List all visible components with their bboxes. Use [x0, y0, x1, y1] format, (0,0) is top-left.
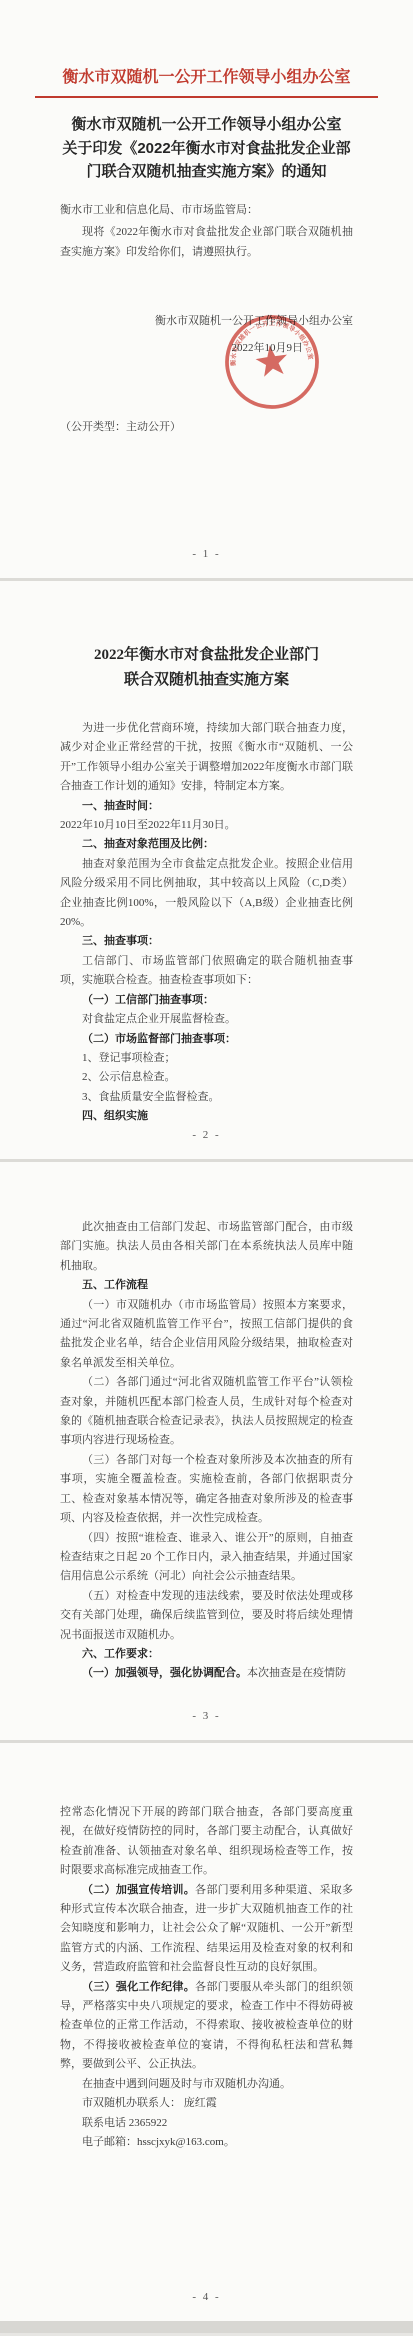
requirement-3-lead: （三）强化工作纪律。	[82, 1981, 195, 1993]
workflow-step-2: （二）各部门通过“河北省双随机监管工作平台”认领检查对象，并随机匹配本部门检查人…	[60, 1373, 353, 1451]
page-4: 控常态化情况下开展的跨部门联合抽查，各部门要高度重视，在做好疫情防控的同时，各部…	[0, 1743, 413, 2321]
section-1-body: 2022年10月10日至2022年11月30日。	[60, 816, 353, 835]
section-2-heading: 二、抽查对象范围及比例：	[60, 835, 353, 854]
contact-phone: 联系电话 2365922	[60, 2114, 353, 2133]
notice-title-line1: 衡水市双随机一公开工作领导小组办公室	[54, 113, 359, 137]
notice-title: 衡水市双随机一公开工作领导小组办公室 关于印发《2022年衡水市对食盐批发企业部…	[54, 113, 359, 184]
requirement-2-lead: （二）加强宣传培训。	[82, 1884, 195, 1896]
check-item-3: 3、食盐质量安全监督检查。	[60, 1088, 353, 1107]
section-3-body: 工信部门、市场监管部门依照确定的联合随机抽查事项，实施联合检查。抽查检查事项如下…	[60, 952, 353, 991]
signature-date: 2022年10月9日	[60, 339, 353, 358]
plan-title-line2: 联合双随机抽查实施方案	[60, 668, 353, 693]
signature-org: 衡水市双随机一公开工作领导小组办公室	[60, 312, 353, 331]
plan-title-line1: 2022年衡水市对食盐批发企业部门	[60, 643, 353, 668]
scan-bottom-edge	[0, 2321, 413, 2333]
requirement-1-continued: 控常态化情况下开展的跨部门联合抽查，各部门要高度重视，在做好疫情防控的同时，各部…	[60, 1803, 353, 1881]
requirement-1: （一）加强领导，强化协调配合。本次抽查是在疫情防	[60, 1664, 353, 1683]
contact-person: 市双随机办联系人： 庞红霞	[60, 2094, 353, 2113]
page-number-2: - 2 -	[0, 1126, 413, 1145]
red-masthead: 衡水市双随机一公开工作领导小组办公室	[60, 68, 353, 87]
page-number-4: - 4 -	[0, 2288, 413, 2307]
document-scan: 衡水市双随机一公开工作领导小组办公室 衡水市双随机一公开工作领导小组办公室 关于…	[0, 0, 413, 2333]
requirement-1-body: 本次抽查是在疫情防	[247, 1667, 346, 1679]
recipients-line: 衡水市工业和信息化局、市市场监管局：	[60, 201, 353, 220]
check-item-1: 1、登记事项检查；	[60, 1049, 353, 1068]
contact-email: 电子邮箱：hsscjxyk@163.com。	[60, 2133, 353, 2152]
workflow-step-1: （一）市双随机办（市市场监管局）按照本方案要求，通过“河北省双随机监管工作平台”…	[60, 1296, 353, 1374]
publicity-type: （公开类型：主动公开）	[60, 418, 353, 437]
section-3-heading: 三、抽查事项：	[60, 932, 353, 951]
notice-body: 现将《2022年衡水市对食盐批发企业部门联合双随机抽查实施方案》印发给你们，请遵…	[60, 223, 353, 262]
plan-title: 2022年衡水市对食盐批发企业部门 联合双随机抽查实施方案	[60, 643, 353, 693]
section-1-heading: 一、抽查时间：	[60, 797, 353, 816]
workflow-step-5: （五）对检查中发现的违法线索，要及时依法处理或移交有关部门处理，确保后续监管到位…	[60, 1587, 353, 1645]
requirement-3-body: 各部门要服从牵头部门的组织领导，严格落实中央八项规定的要求，检查工作中不得妨碍被…	[60, 1981, 353, 2071]
requirement-2: （二）加强宣传培训。各部门要利用多种渠道、采取多种形式宣传本次联合抽查，进一步扩…	[60, 1881, 353, 1978]
page-1: 衡水市双随机一公开工作领导小组办公室 衡水市双随机一公开工作领导小组办公室 关于…	[0, 0, 413, 578]
notice-title-line2: 关于印发《2022年衡水市对食盐批发企业部	[54, 137, 359, 161]
masthead-rule	[35, 96, 378, 98]
page-number-3: - 3 -	[0, 1707, 413, 1726]
section-3-1-heading: （一）工信部门抽查事项：	[60, 991, 353, 1010]
contact-note: 在抽查中遇到问题及时与市双随机办沟通。	[60, 2075, 353, 2094]
org-impl-body: 此次抽查由工信部门发起、市场监管部门配合，由市级部门实施。执法人员由各相关部门在…	[60, 1218, 353, 1276]
plan-intro: 为进一步优化营商环境，持续加大部门联合抽查力度，减少对企业正常经营的干扰，按照《…	[60, 719, 353, 797]
page-number-1: - 1 -	[0, 545, 413, 564]
requirement-3: （三）强化工作纪律。各部门要服从牵头部门的组织领导，严格落实中央八项规定的要求，…	[60, 1978, 353, 2075]
section-5-heading: 五、工作流程	[60, 1276, 353, 1295]
notice-title-line3: 门联合双随机抽查实施方案》的通知	[54, 160, 359, 184]
workflow-step-3: （三）各部门对每一个检查对象所涉及本次抽查的所有事项，实施全覆盖检查。实施检查前…	[60, 1451, 353, 1529]
section-2-body: 抽查对象范围为全市食盐定点批发企业。按照企业信用风险分级采用不同比例抽取，其中较…	[60, 855, 353, 933]
page-3: 此次抽查由工信部门发起、市场监管部门配合，由市级部门实施。执法人员由各相关部门在…	[0, 1162, 413, 1740]
section-3-1-body: 对食盐定点企业开展监督检查。	[60, 1010, 353, 1029]
section-3-2-heading: （二）市场监督部门抽查事项：	[60, 1030, 353, 1049]
check-item-2: 2、公示信息检查。	[60, 1068, 353, 1087]
section-6-heading: 六、工作要求：	[60, 1645, 353, 1664]
page-2: 2022年衡水市对食盐批发企业部门 联合双随机抽查实施方案 为进一步优化营商环境…	[0, 581, 413, 1159]
workflow-step-4: （四）按照“谁检查、谁录入、谁公开”的原则，自抽查检查结束之日起 20 个工作日…	[60, 1529, 353, 1587]
requirement-1-lead: （一）加强领导，强化协调配合。	[82, 1667, 247, 1679]
requirement-2-body: 各部门要利用多种渠道、采取多种形式宣传本次联合抽查，进一步扩大双随机抽查工作的社…	[60, 1884, 353, 1974]
section-4-heading: 四、组织实施	[60, 1107, 353, 1126]
